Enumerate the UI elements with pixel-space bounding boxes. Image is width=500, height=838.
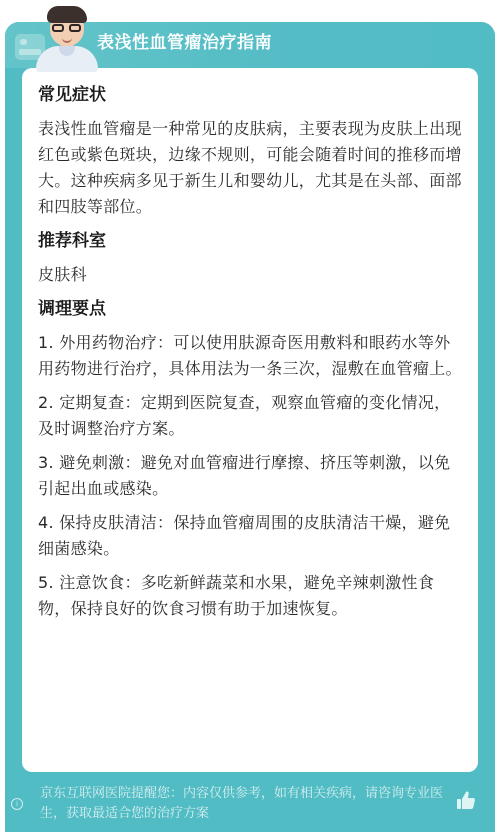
section-department: 推荐科室 皮肤科 [38,228,462,288]
list-item: 1. 外用药物治疗：可以使用肤源奇医用敷料和眼药水等外用药物进行治疗，具体用法为… [38,330,462,382]
department-value: 皮肤科 [38,262,462,288]
info-circle-icon: i [11,798,23,810]
content-card: 常见症状 表浅性血管瘤是一种常见的皮肤病，主要表现为皮肤上出现红色或紫色斑块，边… [22,68,478,772]
thumbs-up-icon[interactable] [456,790,476,810]
disclaimer-text: 京东互联网医院提醒您：内容仅供参考，如有相关疾病，请咨询专业医生，获取最适合您的… [40,784,460,824]
list-item: 4. 保持皮肤清洁：保持血管瘤周围的皮肤清洁干燥，避免细菌感染。 [38,510,462,562]
list-item: 5. 注意饮食：多吃新鲜蔬菜和水果，避免辛辣刺激性食物，保持良好的饮食习惯有助于… [38,570,462,622]
assistant-avatar [30,2,102,68]
symptom-description: 表浅性血管瘤是一种常见的皮肤病，主要表现为皮肤上出现红色或紫色斑块，边缘不规则，… [38,116,462,220]
list-item: 3. 避免刺激：避免对血管瘤进行摩擦、挤压等刺激，以免引起出血或感染。 [38,450,462,502]
section-symptoms: 常见症状 表浅性血管瘤是一种常见的皮肤病，主要表现为皮肤上出现红色或紫色斑块，边… [38,82,462,220]
section-title: 常见症状 [38,82,462,108]
guide-container: 表浅性血管瘤治疗指南 常见症状 表浅性血管瘤是一种常见的皮肤病，主要表现为皮肤上… [5,22,495,832]
page-title: 表浅性血管瘤治疗指南 [97,31,272,55]
glasses-icon [52,24,82,32]
section-title: 推荐科室 [38,228,462,254]
section-title: 调理要点 [38,296,462,322]
list-item: 2. 定期复查：定期到医院复查，观察血管瘤的变化情况，及时调整治疗方案。 [38,390,462,442]
section-care-tips: 调理要点 1. 外用药物治疗：可以使用肤源奇医用敷料和眼药水等外用药物进行治疗，… [38,296,462,622]
